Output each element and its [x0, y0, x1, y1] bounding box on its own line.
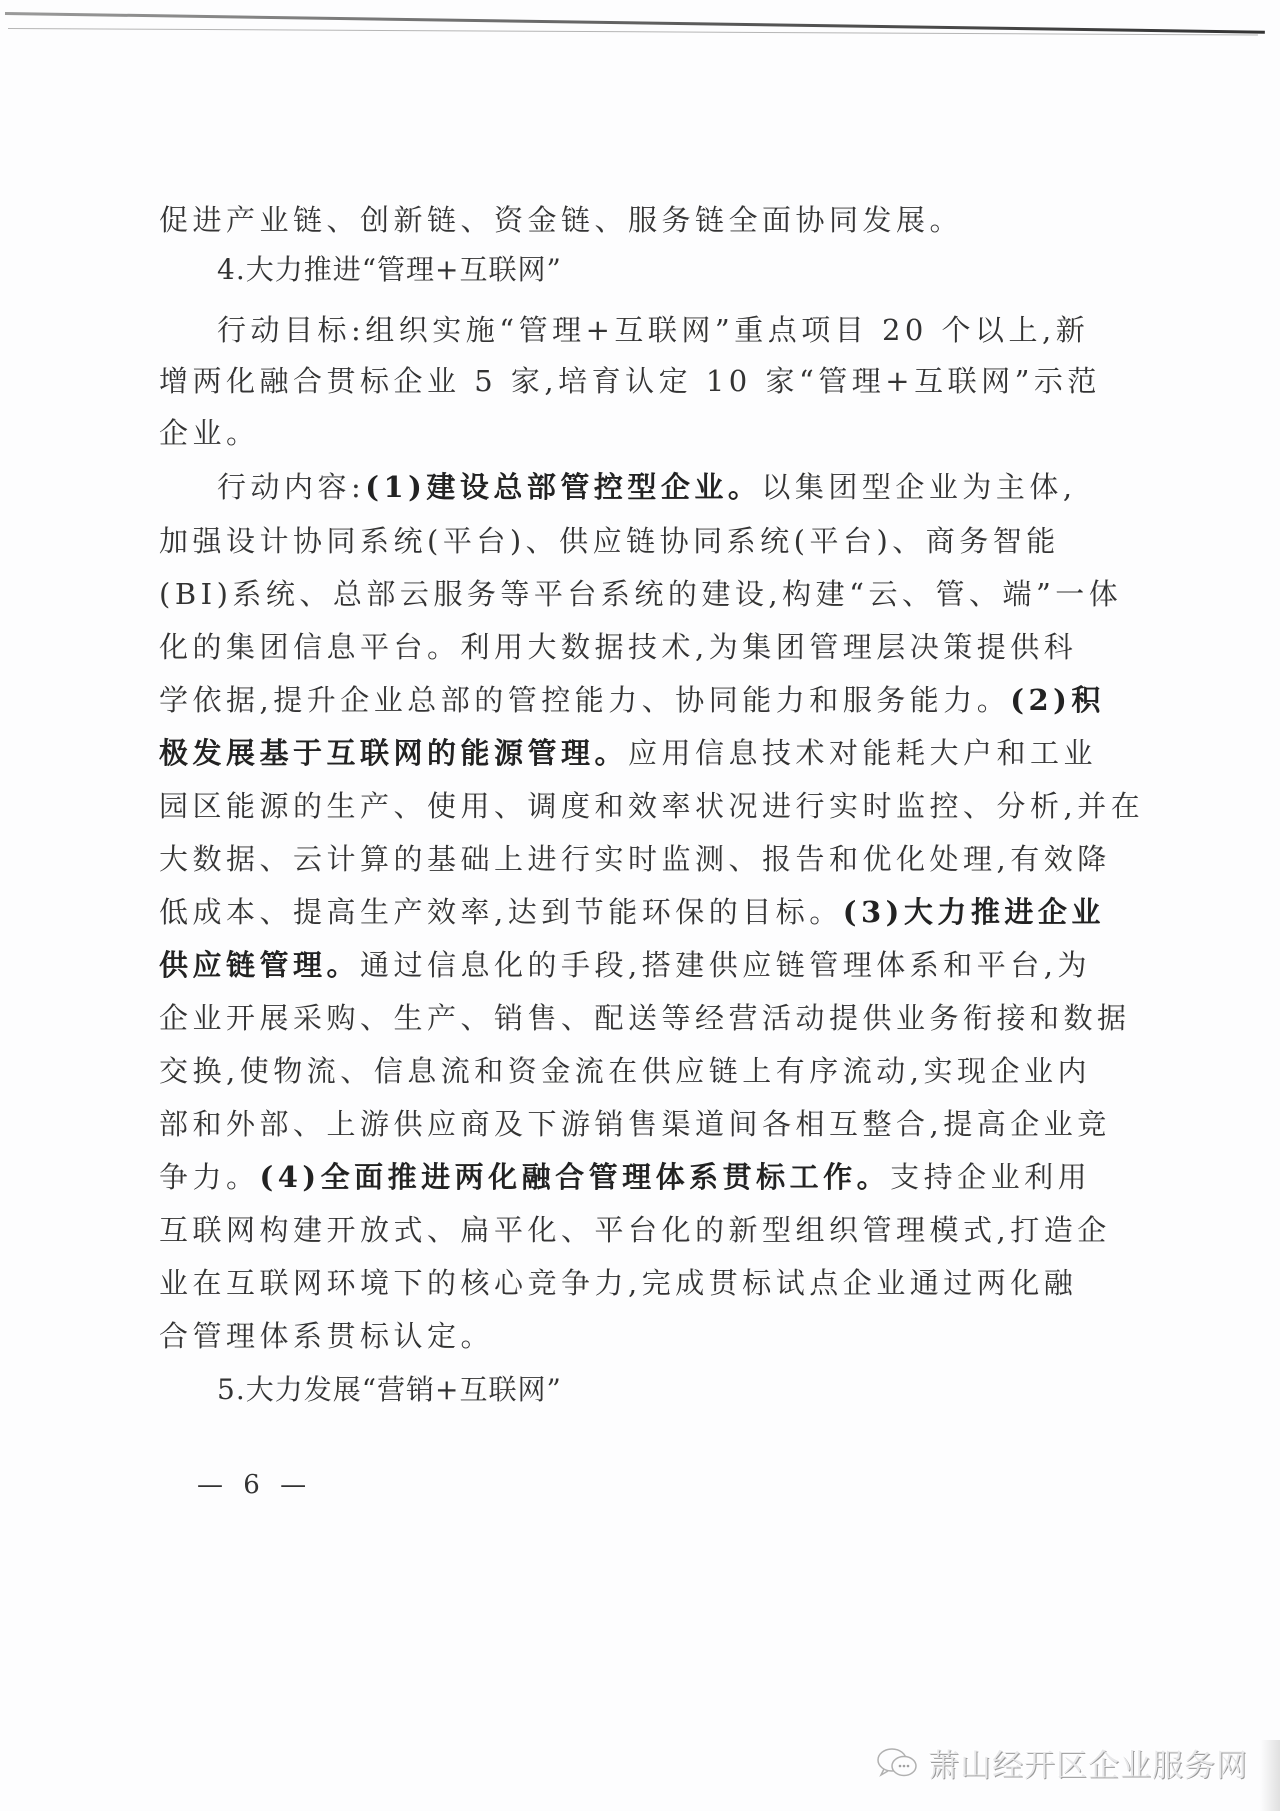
section-heading-5: 5.大力发展“营销+互联网”	[159, 1370, 1165, 1410]
paragraph-line: 园区能源的生产、使用、调度和效率状况进行实时监控、分析,并在	[159, 786, 1107, 826]
paragraph-line: 化的集团信息平台。利用大数据技术,为集团管理层决策提供科	[159, 627, 1107, 667]
text-span: 学依据,提升企业总部的管控能力、协同能力和服务能力。	[159, 683, 1010, 717]
paragraph-line: 争力。(4)全面推进两化融合管理体系贯标工作。支持企业利用	[159, 1157, 1107, 1197]
paragraph-line: 互联网构建开放式、扁平化、平台化的新型组织管理模式,打造企	[159, 1210, 1107, 1250]
bold-subheading: (4)全面推进两化融合管理体系贯标工作。	[260, 1160, 891, 1194]
paragraph-line: 交换,使物流、信息流和资金流在供应链上有序流动,实现企业内	[159, 1051, 1107, 1091]
bold-subheading: 供应链管理。	[159, 948, 360, 982]
text-span: 应用信息技术对能耗大户和工业	[628, 736, 1097, 770]
paragraph-line: 业在互联网环境下的核心竞争力,完成贯标试点企业通过两化融	[159, 1263, 1107, 1303]
scan-edge-shadow	[1260, 1740, 1280, 1811]
paragraph-line: 部和外部、上游供应商及下游销售渠道间各相互整合,提高企业竞	[159, 1104, 1107, 1144]
paragraph-line: 合管理体系贯标认定。	[159, 1316, 1107, 1356]
wechat-icon	[876, 1746, 920, 1780]
paragraph-line: 加强设计协同系统(平台)、供应链协同系统(平台)、商务智能	[159, 521, 1107, 561]
text-span: 支持企业利用	[890, 1160, 1091, 1194]
bold-subheading: (3)大力推进企业	[843, 895, 1105, 929]
bold-subheading: (1)建设总部管控型企业。	[365, 470, 761, 504]
paragraph-line: 行动内容:(1)建设总部管控型企业。以集团型企业为主体,	[159, 467, 1165, 507]
text-span: 以集团型企业为主体,	[761, 470, 1076, 504]
watermark: 萧山经开区企业服务网	[876, 1740, 1248, 1785]
paragraph-line: 学依据,提升企业总部的管控能力、协同能力和服务能力。(2)积	[159, 680, 1107, 720]
paragraph-line: 极发展基于互联网的能源管理。应用信息技术对能耗大户和工业	[159, 733, 1107, 773]
paragraph-line: 供应链管理。通过信息化的手段,搭建供应链管理体系和平台,为	[159, 945, 1107, 985]
paragraph-line: 企业。	[159, 413, 1107, 453]
paragraph-line: 低成本、提高生产效率,达到节能环保的目标。(3)大力推进企业	[159, 892, 1107, 932]
paragraph-line: 大数据、云计算的基础上进行实时监测、报告和优化处理,有效降	[159, 839, 1107, 879]
paragraph-line: 行动目标:组织实施“管理+互联网”重点项目 20 个以上,新	[159, 310, 1165, 350]
bold-subheading: 极发展基于互联网的能源管理。	[159, 736, 628, 770]
paragraph-line: (BI)系统、总部云服务等平台系统的建设,构建“云、管、端”一体	[159, 574, 1107, 614]
text-span: 低成本、提高生产效率,达到节能环保的目标。	[159, 895, 843, 929]
text-span: 行动内容:	[217, 470, 365, 504]
text-span: 通过信息化的手段,搭建供应链管理体系和平台,为	[360, 948, 1091, 982]
paragraph-line: 促进产业链、创新链、资金链、服务链全面协同发展。	[159, 200, 1107, 240]
page-number: — 6 —	[197, 1470, 312, 1500]
text-span: 争力。	[159, 1160, 260, 1194]
paragraph-line: 企业开展采购、生产、销售、配送等经营活动提供业务衔接和数据	[159, 998, 1107, 1038]
watermark-text: 萧山经开区企业服务网	[928, 1740, 1248, 1785]
section-heading-4: 4.大力推进“管理+互联网”	[159, 250, 1165, 290]
paragraph-line: 增两化融合贯标企业 5 家,培育认定 10 家“管理+互联网”示范	[159, 361, 1107, 401]
bold-subheading: (2)积	[1010, 683, 1105, 717]
